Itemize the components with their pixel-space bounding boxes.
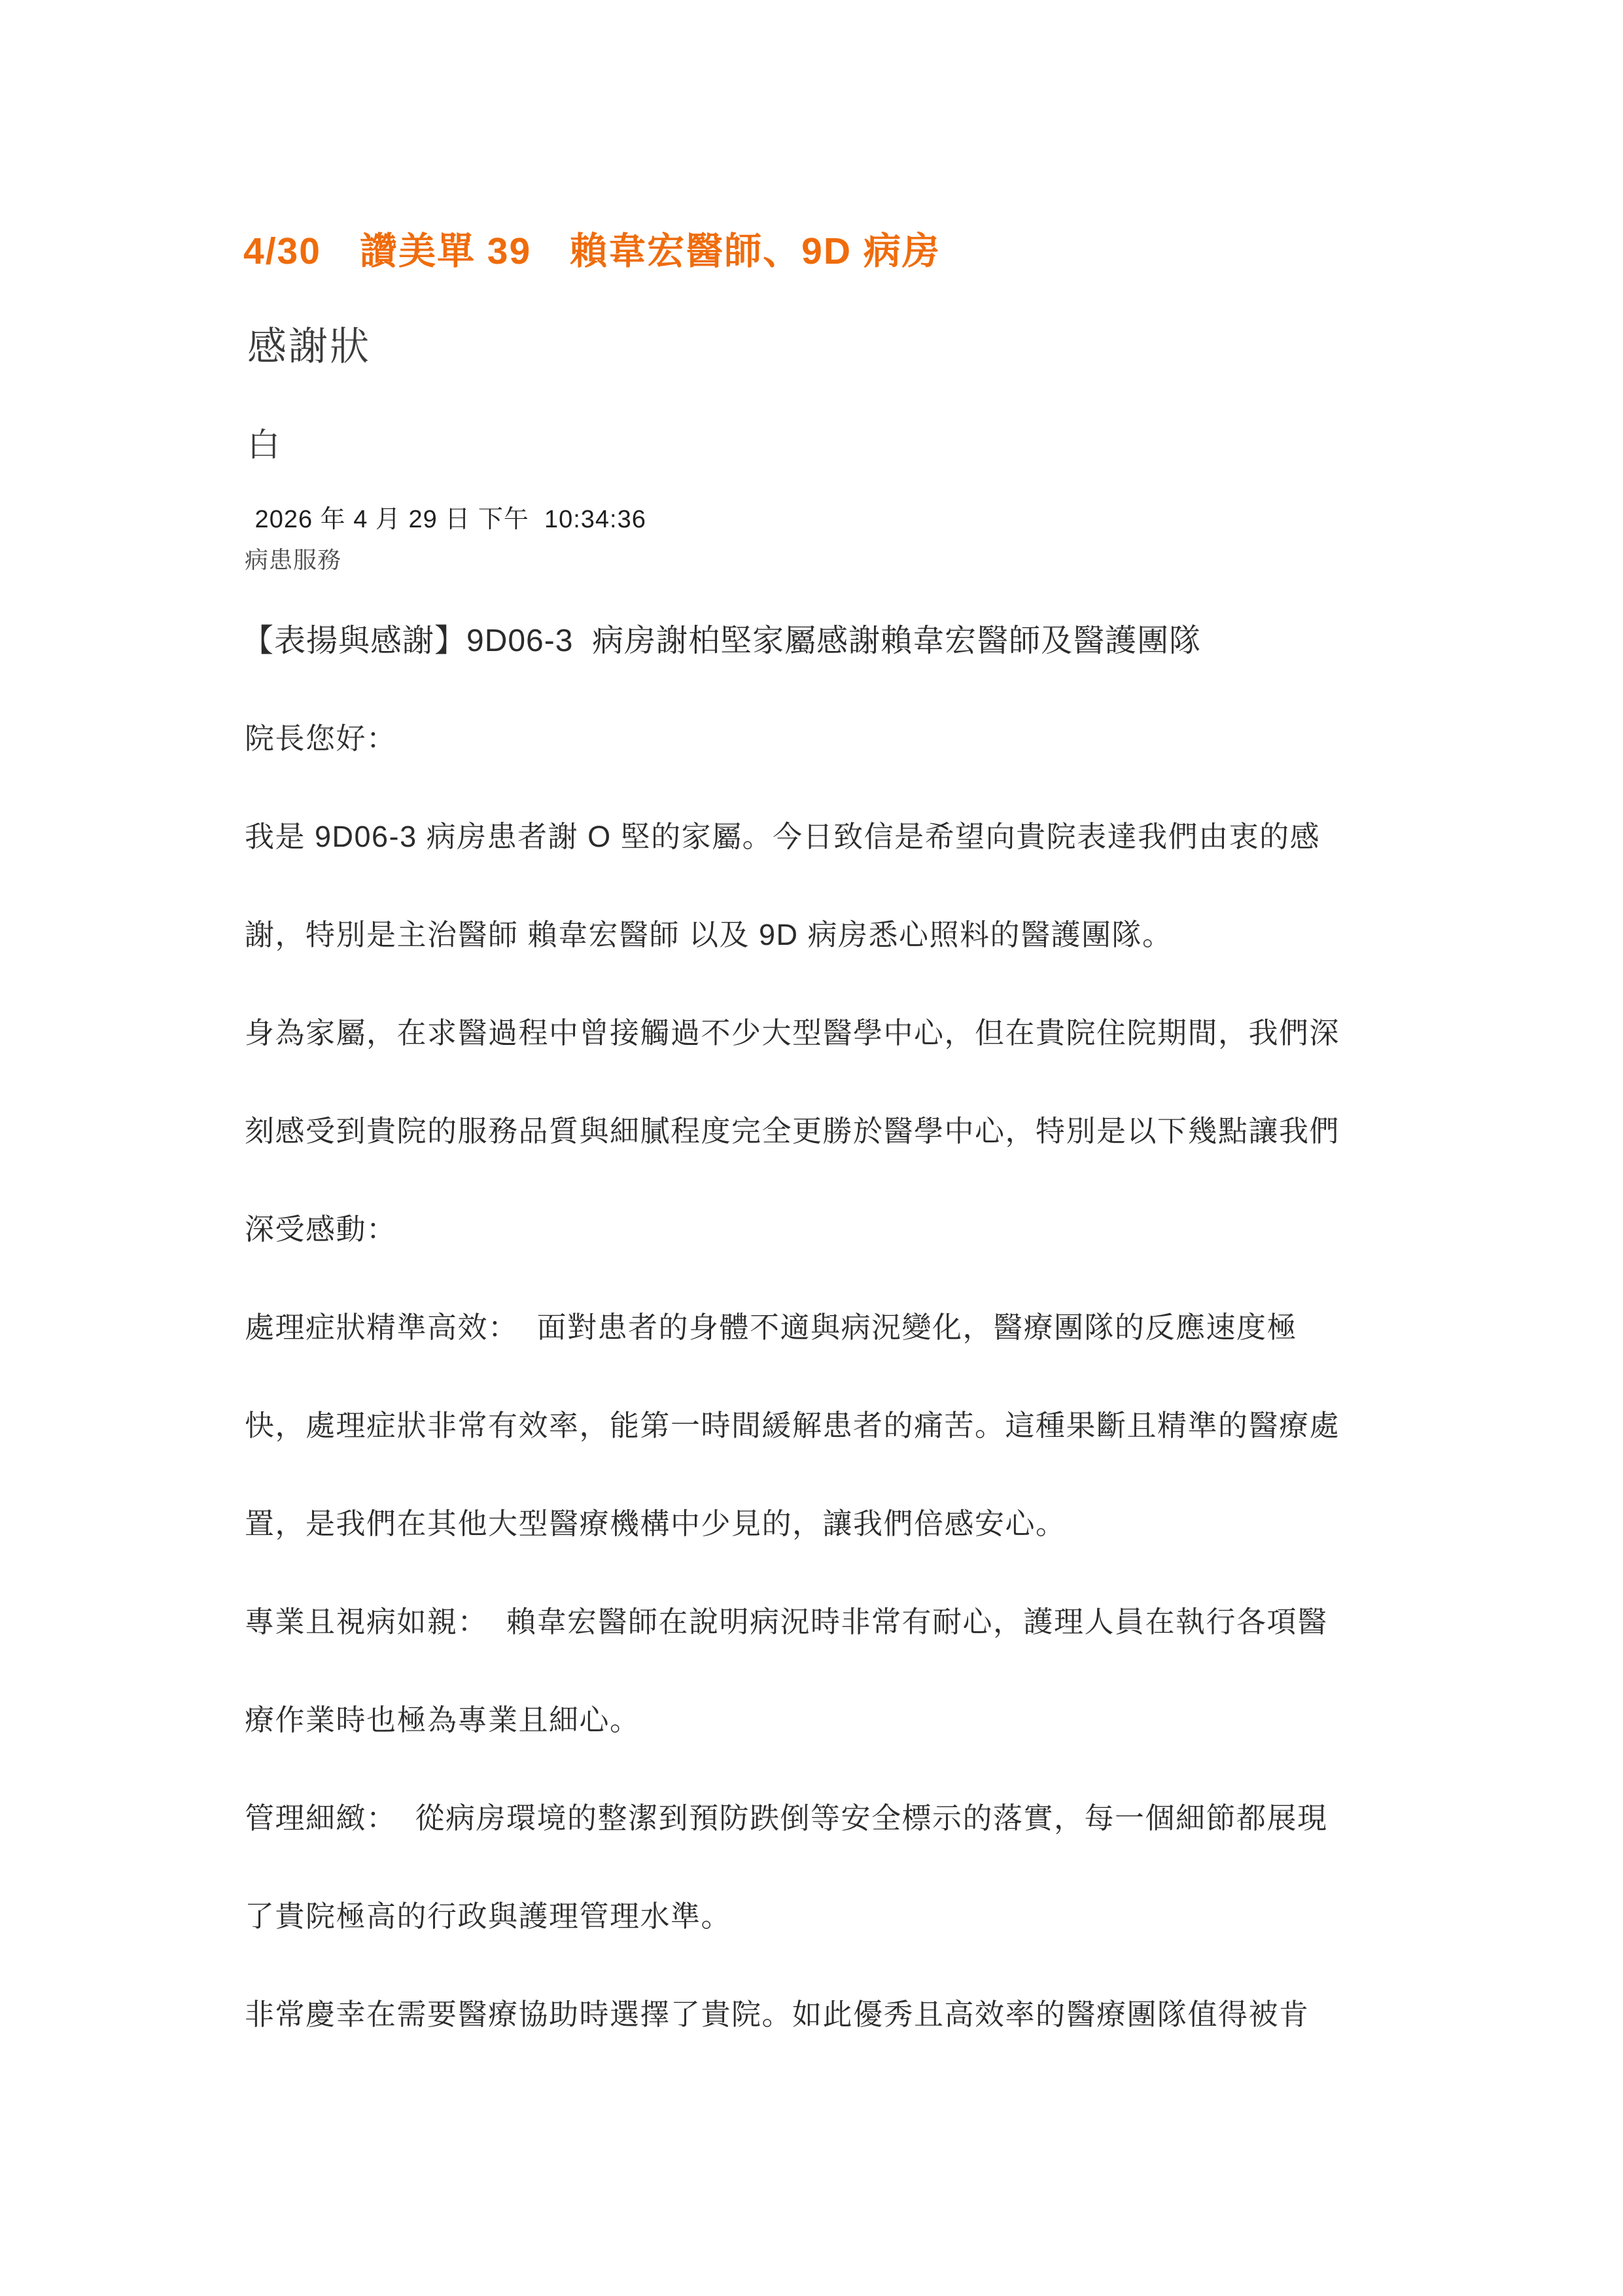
letter-line: 謝，特別是主治醫師 賴韋宏醫師 以及 9D 病房悉心照料的醫護團隊。 xyxy=(245,886,1461,984)
letter-line: 專業且視病如親： 賴韋宏醫師在說明病況時非常有耐心，護理人員在執行各項醫 xyxy=(245,1573,1461,1671)
salutation-line: 院長您好： xyxy=(245,690,1461,788)
letter-line: 刻感受到貴院的服務品質與細膩程度完全更勝於醫學中心，特別是以下幾點讓我們 xyxy=(245,1082,1461,1180)
category-label: 病患服務 xyxy=(245,542,341,575)
letter-line: 處理症狀精準高效： 面對患者的身體不適與病況變化，醫療團隊的反應速度極 xyxy=(245,1279,1461,1377)
doc-type-label: 感謝狀 xyxy=(247,315,371,372)
sender-name: 白 xyxy=(247,419,280,466)
letter-body: 院長您好： 我是 9D06-3 病房患者謝 O 堅的家屬。今日致信是希望向貴院表… xyxy=(245,690,1461,2064)
letter-line: 療作業時也極為專業且細心。 xyxy=(245,1671,1461,1769)
letter-line: 身為家屬，在求醫過程中曾接觸過不少大型醫學中心，但在貴院住院期間，我們深 xyxy=(245,984,1461,1082)
document-page: 4/30 讚美單 39 賴韋宏醫師、9D 病房 感謝狀 白 2026 年 4 月… xyxy=(0,0,1623,2296)
letter-line: 我是 9D06-3 病房患者謝 O 堅的家屬。今日致信是希望向貴院表達我們由衷的… xyxy=(245,788,1461,886)
letter-subject: 【表揚與感謝】9D06-3 病房謝柏堅家屬感謝賴韋宏醫師及醫護團隊 xyxy=(242,615,1201,660)
letter-datetime: 2026 年 4 月 29 日 下午 10:34:36 xyxy=(247,499,646,535)
letter-line: 管理細緻： 從病房環境的整潔到預防跌倒等安全標示的落實，每一個細節都展現 xyxy=(245,1769,1461,1867)
letter-line: 深受感動： xyxy=(245,1180,1461,1279)
letter-line: 非常慶幸在需要醫療協助時選擇了貴院。如此優秀且高效率的醫療團隊值得被肯 xyxy=(245,1966,1461,2064)
document-heading: 4/30 讚美單 39 賴韋宏醫師、9D 病房 xyxy=(243,221,941,275)
letter-line: 快，處理症狀非常有效率，能第一時間緩解患者的痛苦。這種果斷且精準的醫療處 xyxy=(245,1377,1461,1475)
letter-line: 了貴院極高的行政與護理管理水準。 xyxy=(245,1867,1461,1966)
letter-line: 置，是我們在其他大型醫療機構中少見的，讓我們倍感安心。 xyxy=(245,1475,1461,1573)
